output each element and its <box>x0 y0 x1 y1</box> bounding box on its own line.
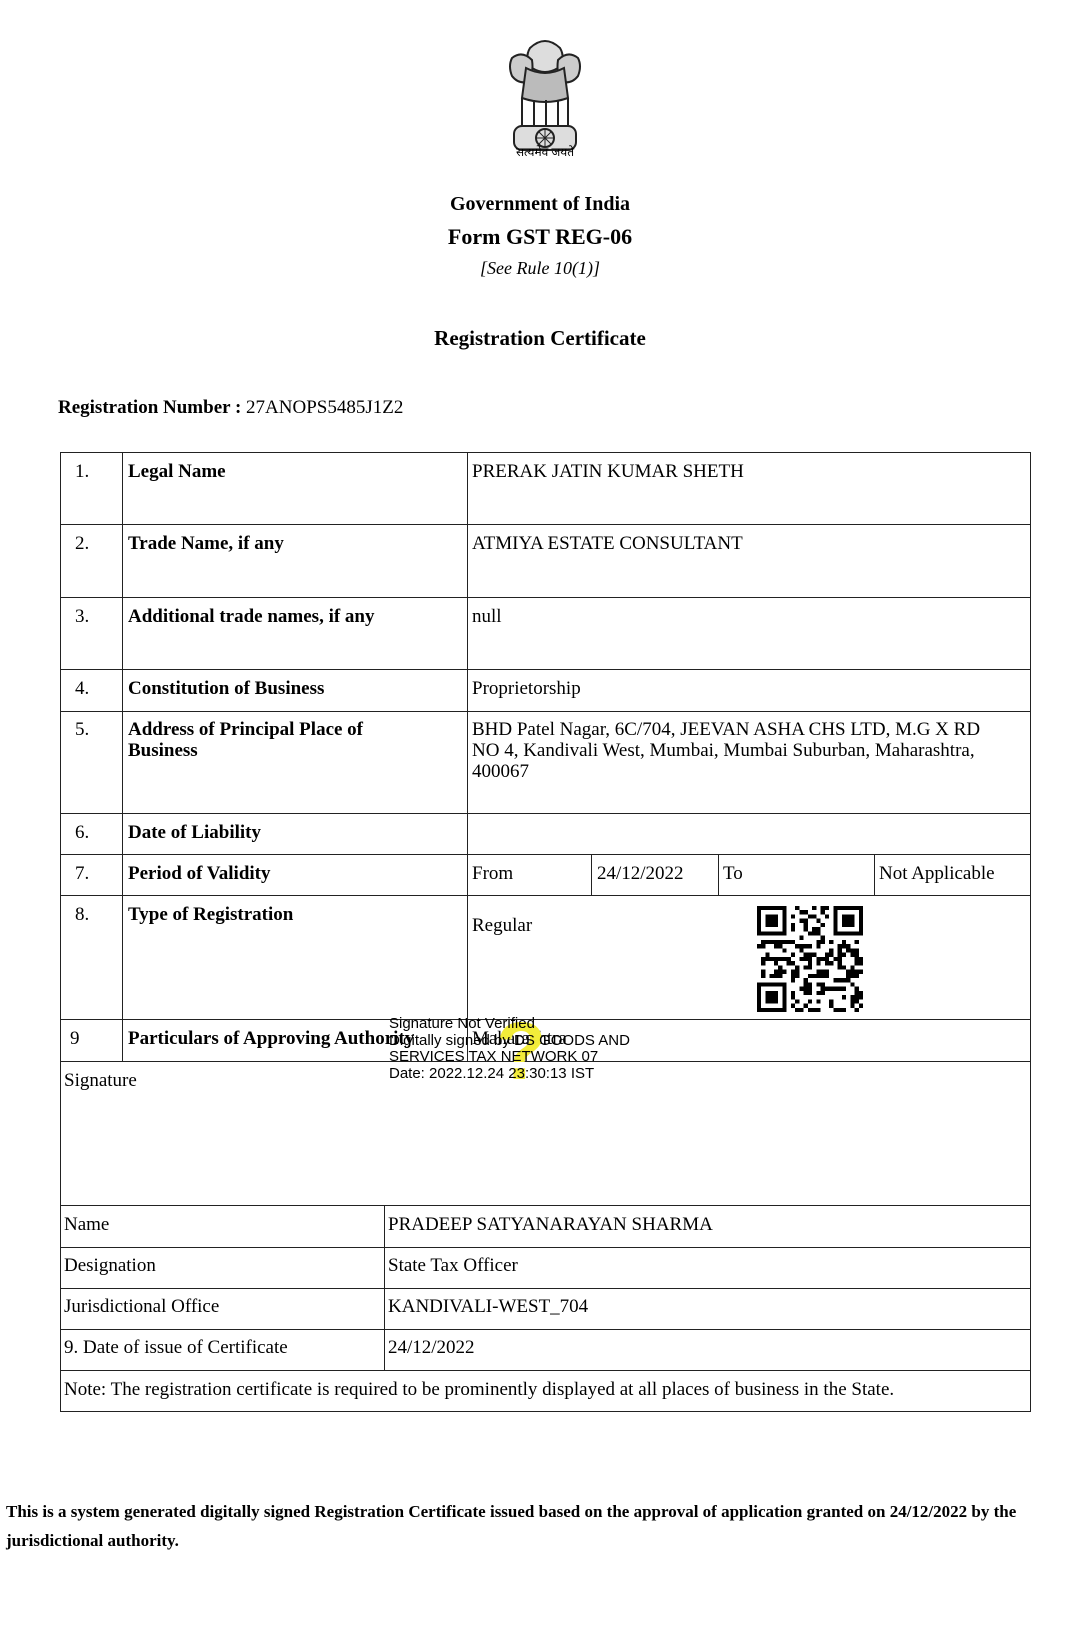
registration-type-value: Regular <box>472 915 532 936</box>
row-label: Type of Registration <box>128 904 293 925</box>
row-number: 6. <box>75 822 89 843</box>
row-label: Constitution of Business <box>128 678 324 699</box>
jurisdictional-office-value: KANDIVALI-WEST_704 <box>388 1296 588 1317</box>
footer-statement: This is a system generated digitally sig… <box>6 1497 1078 1555</box>
row-label: Trade Name, if any <box>128 533 284 554</box>
display-note: Note: The registration certificate is re… <box>64 1379 894 1400</box>
registration-number: Registration Number : 27ANOPS5485J1Z2 <box>58 397 403 419</box>
row-number: 1. <box>75 461 89 482</box>
trade-name-value: ATMIYA ESTATE CONSULTANT <box>472 533 743 554</box>
legal-name-value: PRERAK JATIN KUMAR SHETH <box>472 461 744 482</box>
row-number: 4. <box>75 678 89 699</box>
signed-by-line1: Digitally signed by DS GOODS AND <box>389 1033 689 1050</box>
officer-name-value: PRADEEP SATYANARAYAN SHARMA <box>388 1214 713 1235</box>
row-label: Legal Name <box>128 461 226 482</box>
authority-label: Designation <box>64 1255 156 1276</box>
validity-from-label: From <box>472 863 513 884</box>
row-number: 7. <box>75 863 89 884</box>
additional-trade-names-value: null <box>472 606 502 627</box>
row-label: Period of Validity <box>128 863 271 884</box>
signed-by-line2: SERVICES TAX NETWORK 07 <box>389 1049 689 1066</box>
row-number: 8. <box>75 904 89 925</box>
issue-date-value: 24/12/2022 <box>388 1337 475 1358</box>
validity-to-label: To <box>723 863 743 884</box>
row-number: 9 <box>70 1028 80 1049</box>
signature-label: Signature <box>64 1070 137 1091</box>
validity-to-date: Not Applicable <box>879 863 995 884</box>
row-number: 2. <box>75 533 89 554</box>
authority-label: Jurisdictional Office <box>64 1296 219 1317</box>
signature-status: Signature Not Verified <box>389 1016 689 1033</box>
registration-number-value: 27ANOPS5485J1Z2 <box>246 397 403 418</box>
rule-reference: [See Rule 10(1)] <box>0 258 1080 279</box>
form-title: Form GST REG-06 <box>0 224 1080 250</box>
constitution-value: Proprietorship <box>472 678 581 699</box>
emblem-motto: सत्यमेव जयते <box>490 143 600 160</box>
row-label: Additional trade names, if any <box>128 606 375 627</box>
registration-number-label: Registration Number : <box>58 397 241 418</box>
row-number: 5. <box>75 719 89 740</box>
designation-value: State Tax Officer <box>388 1255 518 1276</box>
certificate-title: Registration Certificate <box>0 326 1080 351</box>
address-value: BHD Patel Nagar, 6C/704, JEEVAN ASHA CHS… <box>472 719 1012 782</box>
row-label: Particulars of Approving Authority <box>128 1028 414 1049</box>
validity-from-date: 24/12/2022 <box>597 863 684 884</box>
digital-signature-stamp[interactable]: Signature Not Verified Digitally signed … <box>389 1016 689 1082</box>
signature-date: Date: 2022.12.24 23:30:13 IST <box>389 1066 689 1083</box>
government-heading: Government of India <box>0 193 1080 216</box>
qr-code-icon <box>757 906 863 1012</box>
authority-label: 9. Date of issue of Certificate <box>64 1337 288 1358</box>
row-label: Date of Liability <box>128 822 261 843</box>
row-label: Address of Principal Place of Business <box>128 719 393 761</box>
authority-label: Name <box>64 1214 109 1235</box>
row-number: 3. <box>75 606 89 627</box>
